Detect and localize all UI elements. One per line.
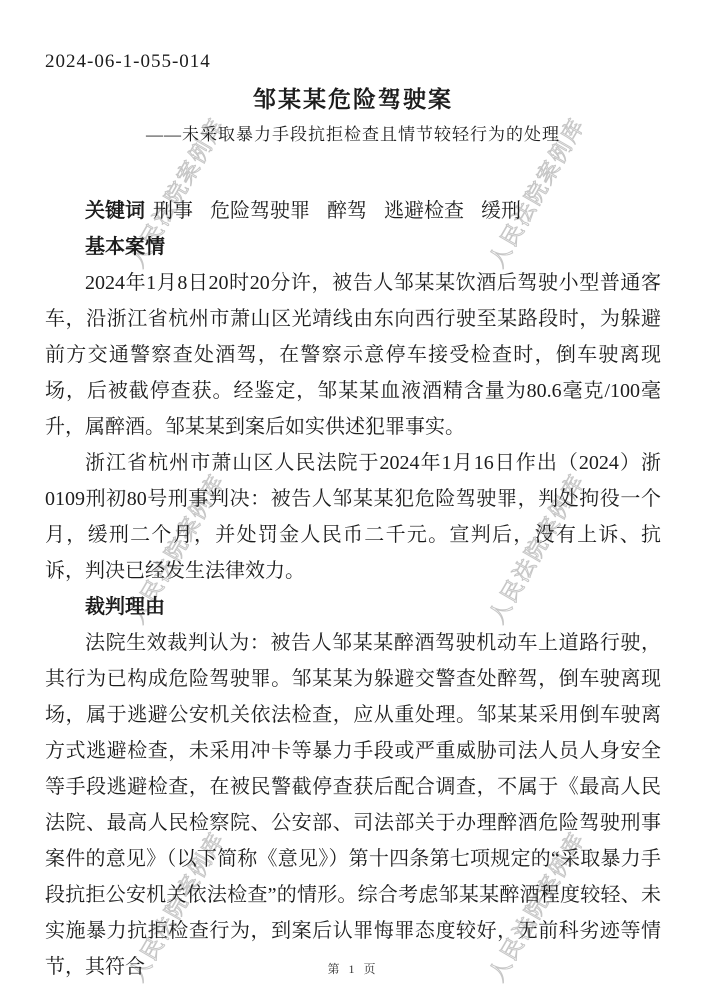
keyword-item: 危险驾驶罪 [210, 200, 310, 222]
section-basic-facts: 基本案情 2024年1月8日20时20分许，被告人邹某某饮酒后驾驶小型普通客车，… [45, 229, 661, 589]
case-subtitle: ——未采取暴力手段抗拒检查且情节较轻行为的处理 [45, 125, 661, 145]
page-number: 第 1 页 [0, 960, 706, 977]
keyword-item: 刑事 [153, 200, 193, 222]
document-content: 2024-06-1-055-014 邹某某危险驾驶案 ——未采取暴力手段抗拒检查… [0, 0, 706, 985]
keyword-item: 逃避检查 [384, 200, 464, 222]
keywords-line: 关键词刑事危险驾驶罪醉驾逃避检查缓刑 [45, 193, 661, 229]
keywords-label: 关键词 [85, 200, 145, 222]
keyword-item: 缓刑 [481, 200, 521, 222]
case-title: 邹某某危险驾驶案 [45, 86, 661, 112]
section-judgment-reasons: 裁判理由 法院生效裁判认为：被告人邹某某醉酒驾驶机动车上道路行驶，其行为已构成危… [45, 589, 661, 985]
paragraph: 法院生效裁判认为：被告人邹某某醉酒驾驶机动车上道路行驶，其行为已构成危险驾驶罪。… [45, 625, 661, 985]
court-case-document-page: 人民法院案例库 人民法院案例库 人民法院案例库 人民法院案例库 人民法院案例库 … [0, 0, 706, 999]
paragraph: 2024年1月8日20时20分许，被告人邹某某饮酒后驾驶小型普通客车，沿浙江省杭… [45, 265, 661, 445]
section-heading-judgment-reasons: 裁判理由 [45, 589, 661, 625]
keyword-item: 醉驾 [327, 200, 367, 222]
case-number: 2024-06-1-055-014 [45, 50, 661, 74]
paragraph: 浙江省杭州市萧山区人民法院于2024年1月16日作出（2024）浙0109刑初8… [45, 445, 661, 589]
section-heading-basic-facts: 基本案情 [45, 229, 661, 265]
